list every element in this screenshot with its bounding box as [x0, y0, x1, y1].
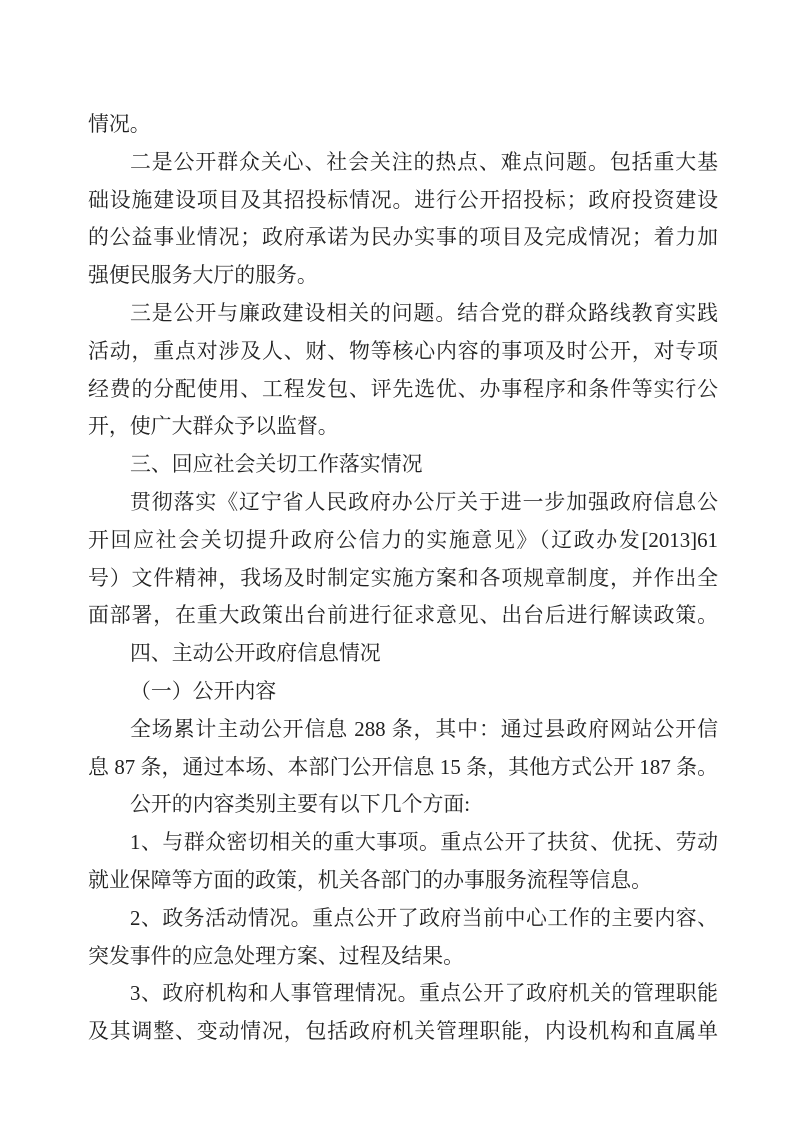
heading-section-three: 三、回应社会关切工作落实情况 — [88, 446, 718, 484]
text-line: 情况。 — [88, 106, 718, 144]
paragraph-item-2: 2、政务活动情况。重点公开了政府当前中心工作的主要内容、突发事件的应急处理方案、… — [88, 900, 718, 976]
paragraph-category-intro: 公开的内容类别主要有以下几个方面: — [88, 786, 718, 824]
text-line: 三是公开与廉政建设相关的问题。结合党的群众路线教育实践 — [88, 295, 718, 333]
text-line: 面部署，在重大政策出台前进行征求意见、出台后进行解读政策。 — [88, 597, 718, 635]
text-line: 2、政务活动情况。重点公开了政府当前中心工作的主要内容、 — [88, 900, 718, 938]
text-line: 二是公开群众关心、社会关注的热点、难点问题。包括重大基 — [88, 144, 718, 182]
document-page: 情况。二是公开群众关心、社会关注的热点、难点问题。包括重大基础设施建设项目及其招… — [0, 0, 800, 1130]
text-line: 及其调整、变动情况，包括政府机关管理职能，内设机构和直属单 — [88, 1013, 718, 1051]
paragraph-item-3: 3、政府机构和人事管理情况。重点公开了政府机关的管理职能及其调整、变动情况，包括… — [88, 975, 718, 1051]
text-line: 础设施建设项目及其招投标情况。进行公开招投标；政府投资建设 — [88, 182, 718, 220]
text-line: 3、政府机构和人事管理情况。重点公开了政府机关的管理职能 — [88, 975, 718, 1013]
text-line: 贯彻落实《辽宁省人民政府办公厅关于进一步加强政府信息公 — [88, 484, 718, 522]
paragraph-statistics: 全场累计主动公开信息 288 条，其中：通过县政府网站公开信息 87 条，通过本… — [88, 711, 718, 787]
paragraph-item-1: 1、与群众密切相关的重大事项。重点公开了扶贫、优抚、劳动就业保障等方面的政策，机… — [88, 824, 718, 900]
text-line: 开，使广大群众予以监督。 — [88, 408, 718, 446]
text-line: 号）文件精神，我场及时制定实施方案和各项规章制度，并作出全 — [88, 560, 718, 598]
heading-section-four: 四、主动公开政府信息情况 — [88, 635, 718, 673]
paragraph-continuation: 情况。 — [88, 106, 718, 144]
text-line: 就业保障等方面的政策，机关各部门的办事服务流程等信息。 — [88, 862, 718, 900]
text-line: （一）公开内容 — [88, 673, 718, 711]
text-line: 开回应社会关切提升政府公信力的实施意见》（辽政办发[2013]61 — [88, 522, 718, 560]
text-line: 经费的分配使用、工程发包、评先选优、办事程序和条件等实行公 — [88, 371, 718, 409]
document-content: 情况。二是公开群众关心、社会关注的热点、难点问题。包括重大基础设施建设项目及其招… — [88, 106, 718, 1051]
paragraph-second-point: 二是公开群众关心、社会关注的热点、难点问题。包括重大基础设施建设项目及其招投标情… — [88, 144, 718, 295]
text-line: 公开的内容类别主要有以下几个方面: — [88, 786, 718, 824]
text-line: 息 87 条，通过本场、本部门公开信息 15 条，其他方式公开 187 条。 — [88, 749, 718, 787]
text-line: 全场累计主动公开信息 288 条，其中：通过县政府网站公开信 — [88, 711, 718, 749]
text-line: 四、主动公开政府信息情况 — [88, 635, 718, 673]
text-line: 突发事件的应急处理方案、过程及结果。 — [88, 938, 718, 976]
heading-subsection-one: （一）公开内容 — [88, 673, 718, 711]
text-line: 三、回应社会关切工作落实情况 — [88, 446, 718, 484]
text-line: 1、与群众密切相关的重大事项。重点公开了扶贫、优抚、劳动 — [88, 824, 718, 862]
paragraph-implementation: 贯彻落实《辽宁省人民政府办公厅关于进一步加强政府信息公开回应社会关切提升政府公信… — [88, 484, 718, 635]
text-line: 强便民服务大厅的服务。 — [88, 257, 718, 295]
text-line: 活动，重点对涉及人、财、物等核心内容的事项及时公开，对专项 — [88, 333, 718, 371]
text-line: 的公益事业情况；政府承诺为民办实事的项目及完成情况；着力加 — [88, 219, 718, 257]
paragraph-third-point: 三是公开与廉政建设相关的问题。结合党的群众路线教育实践活动，重点对涉及人、财、物… — [88, 295, 718, 446]
